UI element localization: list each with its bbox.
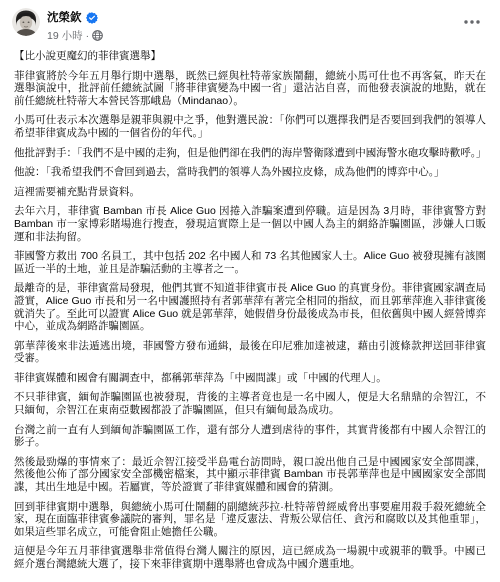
post-title-line: 【比小說更魔幻的菲律賓選舉】: [14, 50, 486, 63]
post-paragraph: 台灣之前一直有人到緬甸詐騙園區工作，還有部分人遭到虐待的事件，其實背後都有中國人…: [14, 424, 486, 449]
post-paragraph: 回到菲律賓期中選舉，與總統小馬可仕鬧翻的副總統莎拉·杜特蒂曾經威脅出事要雇用殺手…: [14, 501, 486, 539]
meta-separator: ·: [86, 30, 90, 42]
avatar[interactable]: [12, 8, 40, 36]
verified-badge-icon: [86, 11, 98, 23]
post-paragraph: 郭華萍後來非法遁逃出境，菲國警方發布通緝，最後在印尼雅加達被逮，藉由引渡條款押送…: [14, 340, 486, 365]
timestamp[interactable]: 19 小時: [47, 28, 83, 43]
post-paragraph: 菲律賓媒體和國會有關調查中，都稱郭華萍為「中國間諜」或「中國的代理人」。: [14, 372, 486, 385]
post-paragraph: 最離奇的是，菲律賓當局發現，他們其實不知道菲律賓市長 Alice Guo 的真實…: [14, 282, 486, 332]
post-paragraph: 這裡需要補充點背景資料。: [14, 186, 486, 199]
post-body: 【比小說更魔幻的菲律賓選舉】 菲律賓將於今年五月舉行期中選舉，既然已經與杜特蒂家…: [0, 43, 500, 571]
post-header-text: 沈榮欽 19 小時 ·: [47, 8, 103, 43]
post-paragraph: 他說：「我希望我們不會回到過去，當時我們的領導人為外國拉皮條，成為他們的博弈中心…: [14, 166, 486, 179]
author-name-row: 沈榮欽: [47, 9, 103, 25]
post-paragraph: 菲律賓將於今年五月舉行期中選舉，既然已經與杜特蒂家族鬧翻，總統小馬可仕也不再客氣…: [14, 70, 486, 108]
post-paragraph: 菲國警方救出 700 名員工，其中包括 202 名中國人和 73 名其他國家人士…: [14, 250, 486, 275]
more-options-button[interactable]: [460, 14, 484, 30]
post-header: 沈榮欽 19 小時 ·: [0, 0, 500, 43]
post-paragraph: 然後最勁爆的事情來了：最近佘智江接受半島電台訪問時，親口說出他自己是中國國家安全…: [14, 456, 486, 494]
post-meta-row: 19 小時 ·: [47, 28, 103, 43]
globe-icon: [92, 30, 103, 41]
author-name-link[interactable]: 沈榮欽: [47, 9, 82, 25]
post-paragraph: 小馬可仕表示本次選舉是親菲與親中之爭，他對選民說：「你們可以選擇我們是否要回到我…: [14, 114, 486, 139]
post-paragraph: 去年六月，菲律賓 Bamban 市長 Alice Guo 因捲入詐騙案遭到停職。…: [14, 205, 486, 243]
more-options-icon: [463, 19, 481, 25]
post-paragraph: 這便是今年五月菲律賓選舉非常值得台灣人關注的原因，這已經成為一場親中或親菲的戰爭…: [14, 545, 486, 570]
avatar-portrait-image: [12, 8, 40, 36]
post-paragraph: 不只菲律賓，緬甸詐騙園區也被發現，背後的主導者竟也是一名中國人，便是大名鼎鼎的佘…: [14, 391, 486, 416]
facebook-post-page: { "colors": { "text": "#050505", "second…: [0, 0, 500, 582]
post-paragraph: 他批評對手：「我們不是中國的走狗，但是他們卻在我們的海岸警衛隊遭到中國海警水砲攻…: [14, 147, 486, 160]
